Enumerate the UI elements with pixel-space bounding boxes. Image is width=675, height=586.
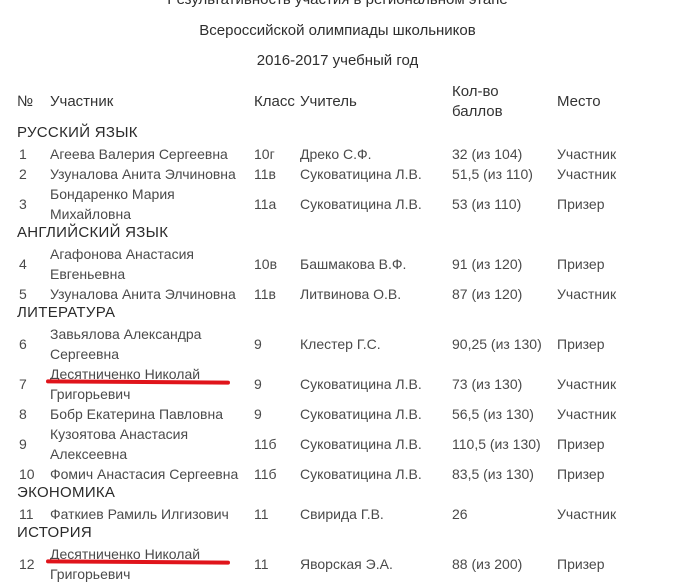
participant-name: Фомич Анастасия Сергеевна — [50, 464, 238, 484]
score-value: 32 (из 104) — [452, 144, 522, 164]
participant-name-line: Евгеньевна — [50, 264, 194, 284]
column-header-participant: Участник — [50, 93, 113, 110]
participant-name-line: Михайловна — [50, 204, 175, 224]
score-value: 90,25 (из 130) — [452, 334, 542, 354]
score-value: 56,5 (из 130) — [452, 404, 534, 424]
class-value: 11 — [254, 554, 269, 574]
teacher-name: Дреко С.Ф. — [300, 144, 372, 164]
place-value: Призер — [557, 194, 605, 214]
class-value: 9 — [254, 334, 262, 354]
column-header-place: Место — [557, 93, 601, 110]
place-value: Участник — [557, 144, 616, 164]
table-row: 8Бобр Екатерина Павловна9Суковатицина Л.… — [0, 404, 675, 424]
participant-name: Фаткиев Рамиль Илгизович — [50, 504, 229, 524]
document-title-line-3: 2016-2017 учебный год — [0, 52, 675, 69]
participant-name-line: Бобр Екатерина Павловна — [50, 404, 223, 424]
row-number: 11 — [19, 504, 34, 524]
score-value: 83,5 (из 130) — [452, 464, 534, 484]
score-value: 91 (из 120) — [452, 254, 522, 274]
column-header-score-line1: Кол-во — [452, 83, 499, 100]
place-value: Призер — [557, 554, 605, 574]
participant-name-line: Григорьевич — [50, 564, 200, 584]
place-value: Участник — [557, 504, 616, 524]
participant-name-line: Фаткиев Рамиль Илгизович — [50, 504, 229, 524]
row-number: 12 — [19, 554, 35, 574]
section-heading: АНГЛИЙСКИЙ ЯЗЫК — [17, 224, 168, 241]
place-value: Призер — [557, 464, 605, 484]
participant-name: Узуналова Анита Элчиновна — [50, 164, 236, 184]
score-value: 88 (из 200) — [452, 554, 522, 574]
participant-name-line: Завьялова Александра — [50, 324, 201, 344]
participant-name-line: Агафонова Анастасия — [50, 244, 194, 264]
document-title-line-1: Результативность участия в региональном … — [0, 0, 675, 8]
participant-name: Бобр Екатерина Павловна — [50, 404, 223, 424]
table-row: 4Агафонова АнастасияЕвгеньевна10вБашмако… — [0, 244, 675, 284]
row-number: 1 — [19, 144, 27, 164]
document-title-line-2: Всероссийской олимпиады школьников — [0, 22, 675, 39]
score-value: 73 (из 130) — [452, 374, 522, 394]
table-row: 2Узуналова Анита Элчиновна11вСуковатицин… — [0, 164, 675, 184]
table-row: 12Десятниченко НиколайГригорьевич11Яворс… — [0, 544, 675, 584]
section-heading: ЭКОНОМИКА — [17, 484, 115, 501]
column-header-teacher: Учитель — [300, 93, 357, 110]
row-number: 6 — [19, 334, 27, 354]
participant-name-line: Узуналова Анита Элчиновна — [50, 164, 236, 184]
score-value: 87 (из 120) — [452, 284, 522, 304]
participant-name: Агафонова АнастасияЕвгеньевна — [50, 244, 194, 284]
class-value: 11в — [254, 164, 276, 184]
class-value: 11а — [254, 194, 276, 214]
row-number: 3 — [19, 194, 27, 214]
participant-name-line: Сергеевна — [50, 344, 201, 364]
section-heading: ЛИТЕРАТУРА — [17, 304, 115, 321]
teacher-name: Суковатицина Л.В. — [300, 434, 422, 454]
row-number: 2 — [19, 164, 27, 184]
row-number: 8 — [19, 404, 27, 424]
participant-name-line: Фомич Анастасия Сергеевна — [50, 464, 238, 484]
teacher-name: Клестер Г.С. — [300, 334, 381, 354]
class-value: 9 — [254, 374, 262, 394]
row-number: 7 — [19, 374, 27, 394]
participant-name-line: Кузоятова Анастасия — [50, 424, 188, 444]
class-value: 9 — [254, 404, 262, 424]
class-value: 10в — [254, 254, 277, 274]
teacher-name: Свирида Г.В. — [300, 504, 384, 524]
teacher-name: Яворская Э.А. — [300, 554, 393, 574]
class-value: 11б — [254, 434, 277, 454]
class-value: 11б — [254, 464, 277, 484]
class-value: 11 — [254, 504, 269, 524]
participant-name: Узуналова Анита Элчиновна — [50, 284, 236, 304]
participant-name: Агеева Валерия Сергеевна — [50, 144, 228, 164]
table-row: 7Десятниченко НиколайГригорьевич9Суковат… — [0, 364, 675, 404]
participant-name: Кузоятова АнастасияАлексеевна — [50, 424, 188, 464]
row-number: 5 — [19, 284, 27, 304]
score-value: 51,5 (из 110) — [452, 164, 533, 184]
place-value: Призер — [557, 434, 605, 454]
teacher-name: Суковатицина Л.В. — [300, 404, 422, 424]
section-heading: ИСТОРИЯ — [17, 524, 92, 541]
score-value: 26 — [452, 504, 468, 524]
teacher-name: Суковатицина Л.В. — [300, 464, 422, 484]
row-number: 4 — [19, 254, 27, 274]
row-number: 9 — [19, 434, 27, 454]
teacher-name: Литвинова О.В. — [300, 284, 401, 304]
table-row: 10Фомич Анастасия Сергеевна11бСуковатици… — [0, 464, 675, 484]
participant-name-line: Узуналова Анита Элчиновна — [50, 284, 236, 304]
teacher-name: Суковатицина Л.В. — [300, 164, 422, 184]
teacher-name: Башмакова В.Ф. — [300, 254, 406, 274]
column-header-score-line2: баллов — [452, 103, 503, 120]
class-value: 10г — [254, 144, 275, 164]
table-row: 6Завьялова АлександраСергеевна9Клестер Г… — [0, 324, 675, 364]
place-value: Участник — [557, 284, 616, 304]
column-header-num: № — [17, 93, 33, 110]
row-number: 10 — [19, 464, 35, 484]
teacher-name: Суковатицина Л.В. — [300, 194, 422, 214]
score-value: 110,5 (из 130) — [452, 434, 541, 454]
table-row: 3Бондаренко МарияМихайловна11аСуковатици… — [0, 184, 675, 224]
class-value: 11в — [254, 284, 276, 304]
column-header-class: Класс — [254, 93, 295, 110]
table-row: 11Фаткиев Рамиль Илгизович11Свирида Г.В.… — [0, 504, 675, 524]
participant-name-line: Григорьевич — [50, 384, 200, 404]
place-value: Призер — [557, 254, 605, 274]
table-row: 1Агеева Валерия Сергеевна10гДреко С.Ф.32… — [0, 144, 675, 164]
place-value: Участник — [557, 164, 616, 184]
score-value: 53 (из 110) — [452, 194, 521, 214]
place-value: Участник — [557, 374, 616, 394]
place-value: Призер — [557, 334, 605, 354]
participant-name-line: Алексеевна — [50, 444, 188, 464]
participant-name: Бондаренко МарияМихайловна — [50, 184, 175, 224]
table-row: 9Кузоятова АнастасияАлексеевна11бСуковат… — [0, 424, 675, 464]
section-heading: РУССКИЙ ЯЗЫК — [17, 124, 138, 141]
table-row: 5Узуналова Анита Элчиновна11вЛитвинова О… — [0, 284, 675, 304]
participant-name-line: Бондаренко Мария — [50, 184, 175, 204]
participant-name-line: Агеева Валерия Сергеевна — [50, 144, 228, 164]
place-value: Участник — [557, 404, 616, 424]
participant-name: Завьялова АлександраСергеевна — [50, 324, 201, 364]
teacher-name: Суковатицина Л.В. — [300, 374, 422, 394]
